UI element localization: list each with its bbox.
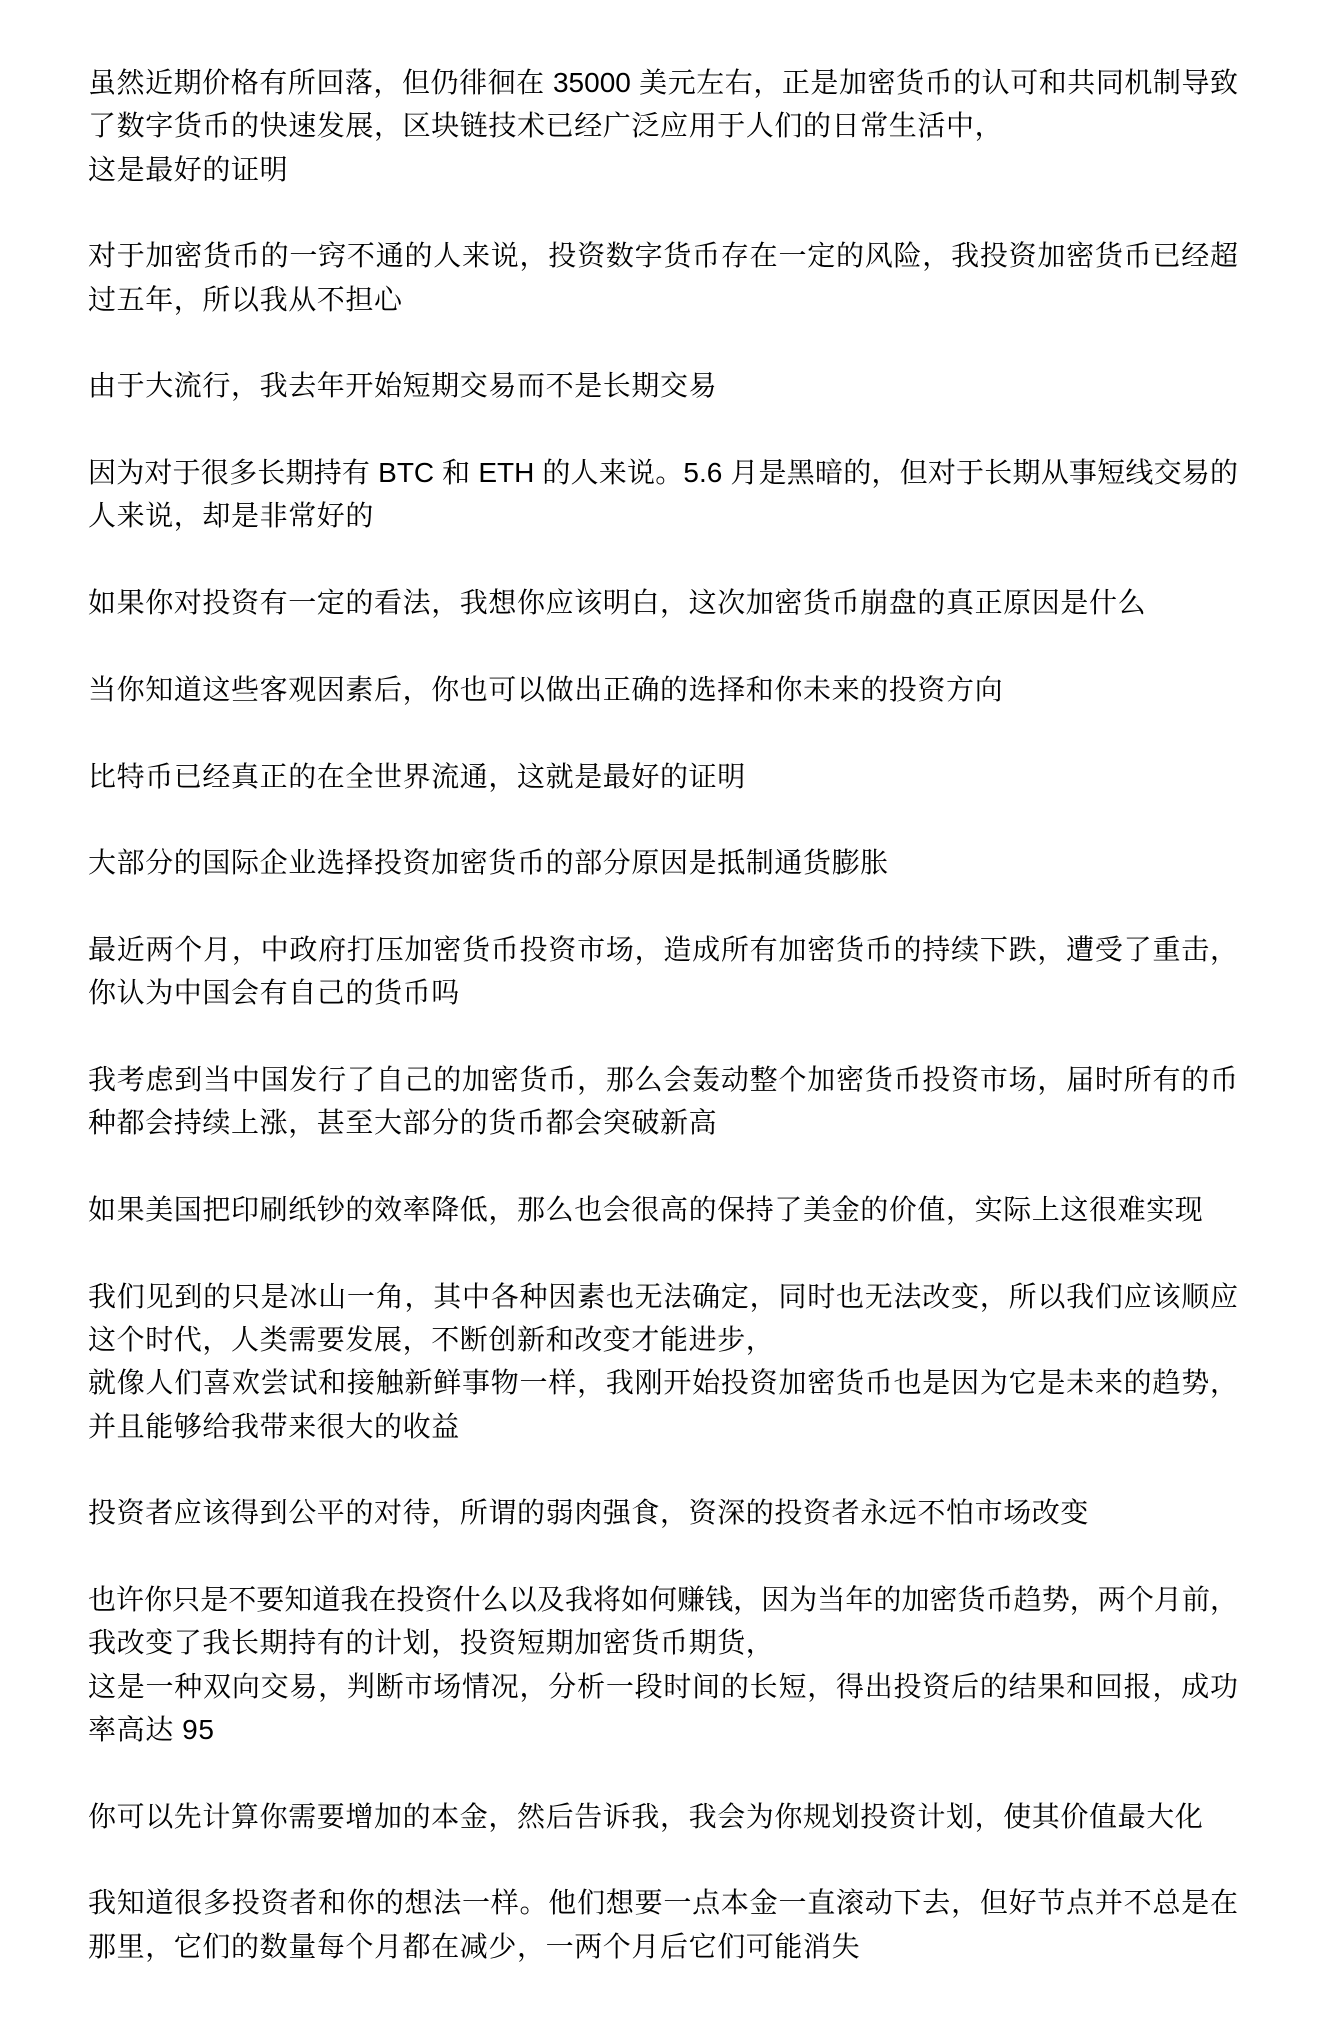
paragraph-4: 因为对于很多长期持有 BTC 和 ETH 的人来说。5.6 月是黑暗的，但对于长… <box>88 451 1238 538</box>
paragraph-16: 我知道很多投资者和你的想法一样。他们想要一点本金一直滚动下去，但好节点并不总是在… <box>88 1881 1238 1968</box>
text-line: 这是最好的证明 <box>88 148 1238 191</box>
paragraph-7: 比特币已经真正的在全世界流通，这就是最好的证明 <box>88 755 1238 798</box>
text-line: 也许你只是不要知道我在投资什么以及我将如何赚钱，因为当年的加密货币趋势，两个月前… <box>88 1578 1238 1621</box>
paragraph-15: 你可以先计算你需要增加的本金，然后告诉我，我会为你规划投资计划，使其价值最大化 <box>88 1795 1238 1838</box>
paragraph-12: 我们见到的只是冰山一角，其中各种因素也无法确定，同时也无法改变，所以我们应该顺应… <box>88 1275 1238 1448</box>
text-line: 我改变了我长期持有的计划，投资短期加密货币期货， <box>88 1621 1238 1664</box>
document-page: 虽然近期价格有所回落，但仍徘徊在 35000 美元左右，正是加密货币的认可和共同… <box>88 61 1238 2011</box>
text-line: 对于加密货币的一窍不通的人来说，投资数字货币存在一定的风险，我投资加密货币已经超 <box>88 234 1238 277</box>
paragraph-9: 最近两个月，中政府打压加密货币投资市场，造成所有加密货币的持续下跌，遭受了重击，… <box>88 928 1238 1015</box>
paragraph-14: 也许你只是不要知道我在投资什么以及我将如何赚钱，因为当年的加密货币趋势，两个月前… <box>88 1578 1238 1751</box>
paragraph-1: 虽然近期价格有所回落，但仍徘徊在 35000 美元左右，正是加密货币的认可和共同… <box>88 61 1238 191</box>
paragraph-8: 大部分的国际企业选择投资加密货币的部分原因是抵制通货膨胀 <box>88 841 1238 884</box>
text-line: 由于大流行，我去年开始短期交易而不是长期交易 <box>88 364 1238 407</box>
text-line: 了数字货币的快速发展，区块链技术已经广泛应用于人们的日常生活中， <box>88 104 1238 147</box>
text-line: 这个时代，人类需要发展，不断创新和改变才能进步， <box>88 1318 1238 1361</box>
text-line: 因为对于很多长期持有 BTC 和 ETH 的人来说。5.6 月是黑暗的，但对于长… <box>88 451 1238 494</box>
text-line: 虽然近期价格有所回落，但仍徘徊在 35000 美元左右，正是加密货币的认可和共同… <box>88 61 1238 104</box>
text-line: 大部分的国际企业选择投资加密货币的部分原因是抵制通货膨胀 <box>88 841 1238 884</box>
paragraph-13: 投资者应该得到公平的对待，所谓的弱肉强食，资深的投资者永远不怕市场改变 <box>88 1491 1238 1534</box>
text-line: 最近两个月，中政府打压加密货币投资市场，造成所有加密货币的持续下跌，遭受了重击， <box>88 928 1238 971</box>
text-line: 当你知道这些客观因素后，你也可以做出正确的选择和你未来的投资方向 <box>88 668 1238 711</box>
text-line: 率高达 95 <box>88 1708 1238 1751</box>
text-line: 如果美国把印刷纸钞的效率降低，那么也会很高的保持了美金的价值，实际上这很难实现 <box>88 1188 1238 1231</box>
paragraph-2: 对于加密货币的一窍不通的人来说，投资数字货币存在一定的风险，我投资加密货币已经超… <box>88 234 1238 321</box>
paragraph-5: 如果你对投资有一定的看法，我想你应该明白，这次加密货币崩盘的真正原因是什么 <box>88 581 1238 624</box>
text-line: 如果你对投资有一定的看法，我想你应该明白，这次加密货币崩盘的真正原因是什么 <box>88 581 1238 624</box>
text-line: 我们见到的只是冰山一角，其中各种因素也无法确定，同时也无法改变，所以我们应该顺应 <box>88 1275 1238 1318</box>
text-line: 投资者应该得到公平的对待，所谓的弱肉强食，资深的投资者永远不怕市场改变 <box>88 1491 1238 1534</box>
text-line: 我考虑到当中国发行了自己的加密货币，那么会轰动整个加密货币投资市场，届时所有的币 <box>88 1058 1238 1101</box>
text-line: 种都会持续上涨，甚至大部分的货币都会突破新高 <box>88 1101 1238 1144</box>
text-line: 比特币已经真正的在全世界流通，这就是最好的证明 <box>88 755 1238 798</box>
text-line: 你认为中国会有自己的货币吗 <box>88 971 1238 1014</box>
paragraph-3: 由于大流行，我去年开始短期交易而不是长期交易 <box>88 364 1238 407</box>
paragraph-11: 如果美国把印刷纸钞的效率降低，那么也会很高的保持了美金的价值，实际上这很难实现 <box>88 1188 1238 1231</box>
text-line: 并且能够给我带来很大的收益 <box>88 1405 1238 1448</box>
text-line: 我知道很多投资者和你的想法一样。他们想要一点本金一直滚动下去，但好节点并不总是在 <box>88 1881 1238 1924</box>
text-line: 过五年，所以我从不担心 <box>88 278 1238 321</box>
paragraph-10: 我考虑到当中国发行了自己的加密货币，那么会轰动整个加密货币投资市场，届时所有的币… <box>88 1058 1238 1145</box>
text-line: 就像人们喜欢尝试和接触新鲜事物一样，我刚开始投资加密货币也是因为它是未来的趋势， <box>88 1361 1238 1404</box>
text-line: 你可以先计算你需要增加的本金，然后告诉我，我会为你规划投资计划，使其价值最大化 <box>88 1795 1238 1838</box>
text-line: 人来说，却是非常好的 <box>88 494 1238 537</box>
paragraph-6: 当你知道这些客观因素后，你也可以做出正确的选择和你未来的投资方向 <box>88 668 1238 711</box>
text-line: 这是一种双向交易，判断市场情况，分析一段时间的长短，得出投资后的结果和回报，成功 <box>88 1665 1238 1708</box>
text-line: 那里，它们的数量每个月都在减少，一两个月后它们可能消失 <box>88 1925 1238 1968</box>
